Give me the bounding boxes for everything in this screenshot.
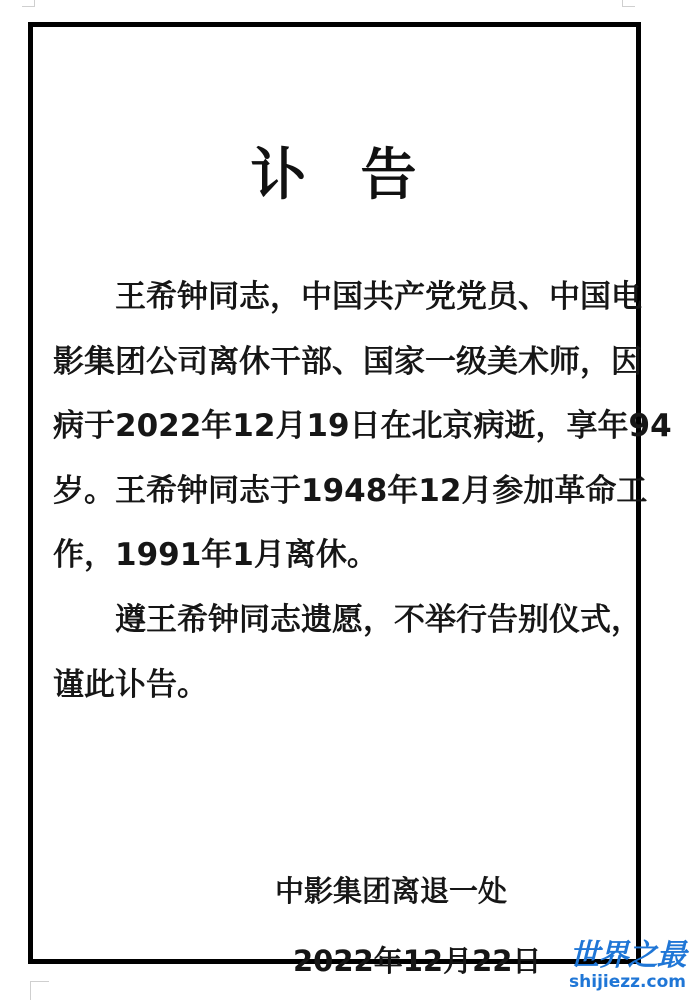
text-line: 病于2022年12月19日在北京病逝，享年94 xyxy=(53,394,637,459)
document-date: 2022年12月22日 xyxy=(293,939,541,980)
obituary-frame: 讣告 王希钟同志，中国共产党党员、中国电 影集团公司离休干部、国家一级美术师，因… xyxy=(28,22,641,964)
text-line: 遵王希钟同志遗愿，不举行告别仪式， xyxy=(53,588,637,653)
title-char: 告 xyxy=(361,131,419,211)
signature-organization: 中影集团离退一处 xyxy=(275,869,507,910)
text-line: 岁。王希钟同志于1948年12月参加革命工 xyxy=(53,459,637,524)
page-corner-mark xyxy=(622,0,635,7)
text-line: 影集团公司离休干部、国家一级美术师，因 xyxy=(53,330,637,395)
watermark-text: 世界之最 xyxy=(565,940,690,972)
document-title: 讣告 xyxy=(33,131,636,211)
title-char: 讣 xyxy=(251,131,309,211)
text-line: 谨此讣告。 xyxy=(53,653,637,718)
text-line: 作，1991年1月离休。 xyxy=(53,523,637,588)
obituary-body: 王希钟同志，中国共产党党员、中国电 影集团公司离休干部、国家一级美术师，因 病于… xyxy=(53,265,637,717)
page-corner-mark xyxy=(30,981,49,1000)
text-line: 王希钟同志，中国共产党党员、中国电 xyxy=(53,265,637,330)
watermark-logo: 世界之最 shijiezz.com xyxy=(565,940,690,992)
watermark-url: shijiezz.com xyxy=(565,972,690,992)
page-corner-mark xyxy=(22,0,35,7)
